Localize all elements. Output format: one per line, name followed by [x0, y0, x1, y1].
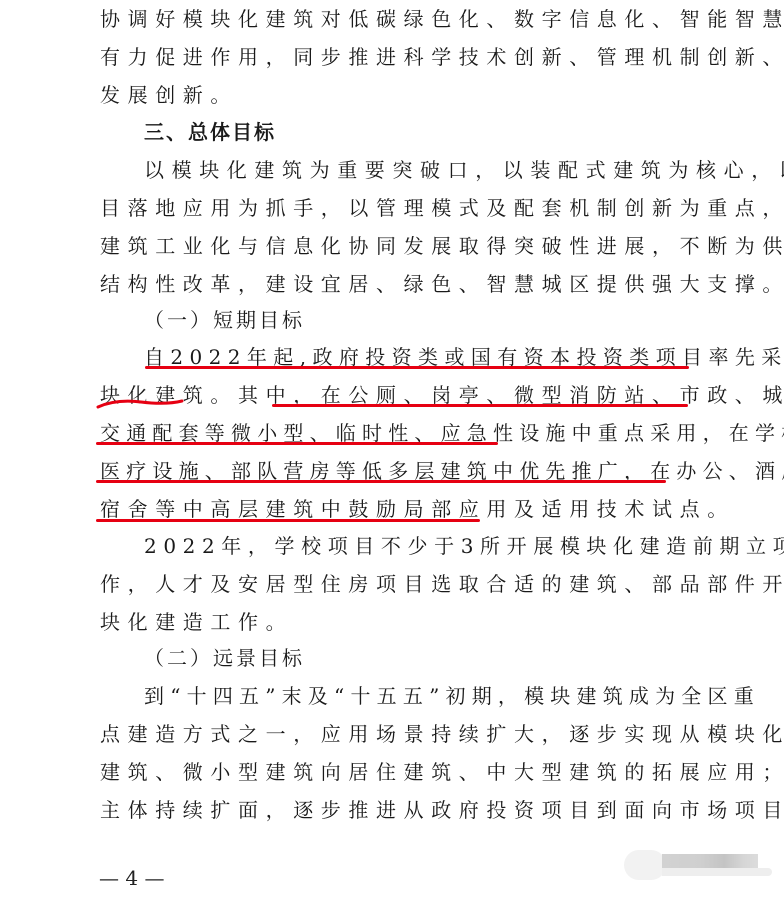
section-heading: 三、总体目标: [144, 113, 276, 151]
red-underline-annotation: [96, 442, 498, 445]
watermark-logo-icon: [624, 850, 666, 880]
text-line: 结构性改革，建设宜居、绿色、智慧城区提供强大支撑。: [100, 265, 784, 303]
red-underline-annotation: [96, 480, 666, 483]
text-line: 发展创新。: [100, 76, 238, 114]
text-line: 主体持续扩面，逐步推进从政府投资项目到面向市场项目的转: [100, 791, 784, 829]
watermark-text-blur: [662, 854, 758, 868]
text-line: 建筑、微小型建筑向居住建筑、中大型建筑的拓展应用；实施: [100, 753, 784, 791]
text-line: 宿舍等中高层建筑中鼓励局部应用及适用技术试点。: [100, 490, 735, 528]
text-line: 医疗设施、部队营房等低多层建筑中优先推广，在办公、酒店、: [100, 452, 784, 490]
text-line: 到“十四五”末及“十五五”初期，模块建筑成为全区重: [144, 677, 760, 715]
text-line: 块化建造工作。: [100, 603, 293, 641]
red-underline-annotation: [96, 396, 186, 410]
subsection-heading: （二）远景目标: [144, 639, 305, 677]
watermark-underbar: [662, 868, 772, 876]
text-line: 点建造方式之一，应用场景持续扩大，逐步实现从模块化公共: [100, 715, 784, 753]
blurred-watermark: [624, 850, 766, 880]
text-line: 块化建筑。其中，在公厕、岗亭、微型消防站、市政、城管及: [100, 376, 784, 414]
page-number: — 4 —: [99, 866, 164, 890]
text-line: 交通配套等微小型、临时性、应急性设施中重点采用，在学校、: [100, 414, 784, 452]
red-underline-annotation: [145, 366, 689, 369]
text-line: 2022年，学校项目不少于3所开展模块化建造前期立项工: [144, 527, 784, 565]
text-line: 作，人才及安居型住房项目选取合适的建筑、部品部件开展模: [100, 565, 784, 603]
text-line: 自2022年起,政府投资类或国有资本投资类项目率先采用模: [144, 338, 784, 376]
red-underline-annotation: [272, 404, 688, 407]
text-line: 以模块化建筑为重要突破口，以装配式建筑为核心，以项: [144, 151, 784, 189]
text-line: 目落地应用为抓手，以管理模式及配套机制创新为重点，推进: [100, 189, 784, 227]
subsection-heading: （一）短期目标: [144, 301, 305, 339]
text-line: 有力促进作用，同步推进科学技术创新、管理机制创新、产业: [100, 38, 784, 76]
red-underline-annotation: [96, 519, 480, 522]
text-line: 建筑工业化与信息化协同发展取得突破性进展，不断为供给侧: [100, 227, 784, 265]
text-line: 协调好模块化建筑对低碳绿色化、数字信息化、智能智慧化的: [100, 0, 784, 38]
